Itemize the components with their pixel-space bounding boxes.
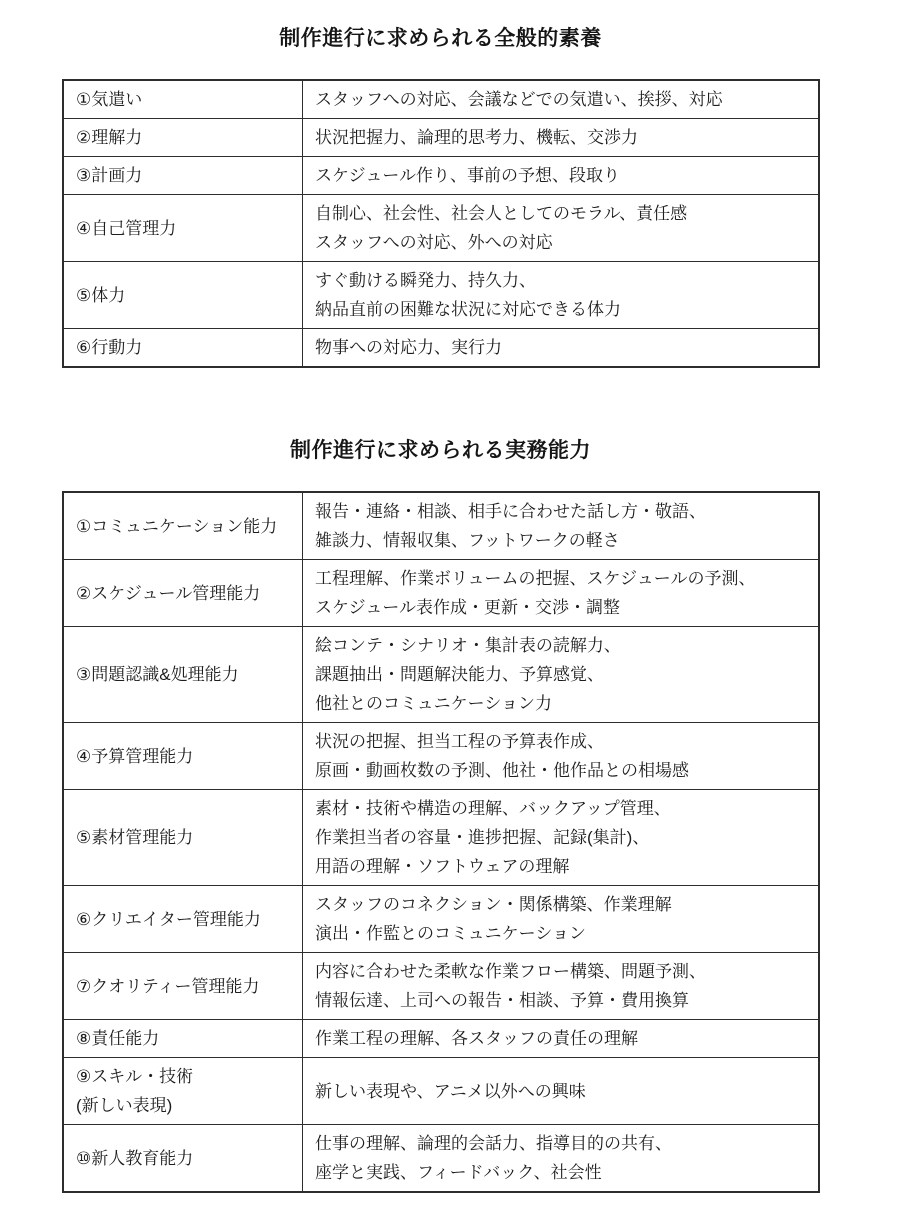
row-description-cell: 新しい表現や、アニメ以外への興味 (303, 1058, 820, 1125)
row-label-cell: ①コミュニケーション能力 (63, 492, 303, 560)
table-row: ⑩新人教育能力仕事の理解、論理的会話力、指導目的の共有、座学と実践、フィードバッ… (63, 1125, 819, 1193)
table-row: ⑥行動力物事への対応力、実行力 (63, 329, 819, 368)
row-label-cell: ①気遣い (63, 80, 303, 119)
row-description-cell: 状況把握力、論理的思考力、機転、交渉力 (303, 119, 820, 157)
row-description-line: 状況の把握、担当工程の予算表作成、 (315, 727, 806, 756)
row-label-cell: ③問題認識&処理能力 (63, 627, 303, 723)
row-description-line: 作業工程の理解、各スタッフの責任の理解 (315, 1024, 806, 1053)
row-label-line: ⑥クリエイター管理能力 (76, 905, 290, 934)
row-description-cell: 報告・連絡・相談、相手に合わせた話し方・敬語、雑談力、情報収集、フットワークの軽… (303, 492, 820, 560)
row-description-cell: 素材・技術や構造の理解、バックアップ管理、作業担当者の容量・進捗把握、記録(集計… (303, 790, 820, 886)
row-label-line: ⑧責任能力 (76, 1024, 290, 1053)
row-label-cell: ⑦クオリティー管理能力 (63, 953, 303, 1020)
row-label-line: ③計画力 (76, 161, 290, 190)
row-description-cell: 絵コンテ・シナリオ・集計表の読解力、課題抽出・問題解決能力、予算感覚、他社とのコ… (303, 627, 820, 723)
row-description-cell: 工程理解、作業ボリュームの把握、スケジュールの予測、スケジュール表作成・更新・交… (303, 560, 820, 627)
row-label-line: ①気遣い (76, 85, 290, 114)
table-row: ⑨スキル・技術(新しい表現)新しい表現や、アニメ以外への興味 (63, 1058, 819, 1125)
row-label-line: ⑩新人教育能力 (76, 1144, 290, 1173)
row-label-cell: ④自己管理力 (63, 195, 303, 262)
row-description-line: 座学と実践、フィードバック、社会性 (315, 1158, 806, 1187)
row-description-line: 工程理解、作業ボリュームの把握、スケジュールの予測、 (315, 564, 806, 593)
row-label-cell: ⑥行動力 (63, 329, 303, 368)
table-row: ⑦クオリティー管理能力内容に合わせた柔軟な作業フロー構築、問題予測、情報伝達、上… (63, 953, 819, 1020)
practical-abilities-title: 制作進行に求められる実務能力 (62, 368, 819, 464)
table-row: ⑤素材管理能力素材・技術や構造の理解、バックアップ管理、作業担当者の容量・進捗把… (63, 790, 819, 886)
row-description-line: 納品直前の困難な状況に対応できる体力 (315, 295, 806, 324)
row-label-cell: ②スケジュール管理能力 (63, 560, 303, 627)
practical-abilities-table-body: ①コミュニケーション能力報告・連絡・相談、相手に合わせた話し方・敬語、雑談力、情… (63, 492, 819, 1192)
row-label-cell: ④予算管理能力 (63, 723, 303, 790)
row-description-cell: スタッフのコネクション・関係構築、作業理解演出・作監とのコミュニケーション (303, 886, 820, 953)
row-description-line: 情報伝達、上司への報告・相談、予算・費用換算 (315, 986, 806, 1015)
table-row: ⑧責任能力作業工程の理解、各スタッフの責任の理解 (63, 1020, 819, 1058)
row-description-cell: 状況の把握、担当工程の予算表作成、原画・動画枚数の予測、他社・他作品との相場感 (303, 723, 820, 790)
row-label-line: ④予算管理能力 (76, 742, 290, 771)
table-row: ⑤体力すぐ動ける瞬発力、持久力、納品直前の困難な状況に対応できる体力 (63, 262, 819, 329)
row-description-line: 原画・動画枚数の予測、他社・他作品との相場感 (315, 756, 806, 785)
row-description-cell: 内容に合わせた柔軟な作業フロー構築、問題予測、情報伝達、上司への報告・相談、予算… (303, 953, 820, 1020)
row-description-line: 仕事の理解、論理的会話力、指導目的の共有、 (315, 1129, 806, 1158)
row-description-line: 作業担当者の容量・進捗把握、記録(集計)、 (315, 823, 806, 852)
general-qualities-table: ①気遣いスタッフへの対応、会議などでの気遣い、挨拶、対応②理解力状況把握力、論理… (62, 79, 820, 368)
row-description-line: 用語の理解・ソフトウェアの理解 (315, 852, 806, 881)
row-description-line: 新しい表現や、アニメ以外への興味 (315, 1077, 806, 1106)
row-description-cell: スタッフへの対応、会議などでの気遣い、挨拶、対応 (303, 80, 820, 119)
table-row: ③問題認識&処理能力絵コンテ・シナリオ・集計表の読解力、課題抽出・問題解決能力、… (63, 627, 819, 723)
row-description-line: 素材・技術や構造の理解、バックアップ管理、 (315, 794, 806, 823)
row-label-cell: ⑤体力 (63, 262, 303, 329)
row-label-cell: ⑧責任能力 (63, 1020, 303, 1058)
row-label-line: ④自己管理力 (76, 214, 290, 243)
row-description-line: 報告・連絡・相談、相手に合わせた話し方・敬語、 (315, 497, 806, 526)
row-description-line: 絵コンテ・シナリオ・集計表の読解力、 (315, 631, 806, 660)
table-row: ①気遣いスタッフへの対応、会議などでの気遣い、挨拶、対応 (63, 80, 819, 119)
row-label-line: ①コミュニケーション能力 (76, 512, 290, 541)
row-description-line: 状況把握力、論理的思考力、機転、交渉力 (315, 123, 806, 152)
row-description-line: スケジュール表作成・更新・交渉・調整 (315, 593, 806, 622)
row-description-line: スタッフのコネクション・関係構築、作業理解 (315, 890, 806, 919)
table-row: ②理解力状況把握力、論理的思考力、機転、交渉力 (63, 119, 819, 157)
table-row: ⑥クリエイター管理能力スタッフのコネクション・関係構築、作業理解演出・作監とのコ… (63, 886, 819, 953)
row-description-cell: 作業工程の理解、各スタッフの責任の理解 (303, 1020, 820, 1058)
table-row: ①コミュニケーション能力報告・連絡・相談、相手に合わせた話し方・敬語、雑談力、情… (63, 492, 819, 560)
row-description-cell: スケジュール作り、事前の予想、段取り (303, 157, 820, 195)
row-label-cell: ⑩新人教育能力 (63, 1125, 303, 1193)
row-description-line: 課題抽出・問題解決能力、予算感覚、 (315, 660, 806, 689)
row-description-cell: 自制心、社会性、社会人としてのモラル、責任感スタッフへの対応、外への対応 (303, 195, 820, 262)
row-description-line: 他社とのコミュニケーション力 (315, 689, 806, 718)
row-label-line: ⑨スキル・技術 (76, 1062, 290, 1091)
row-description-cell: 仕事の理解、論理的会話力、指導目的の共有、座学と実践、フィードバック、社会性 (303, 1125, 820, 1193)
row-label-line: ⑤体力 (76, 281, 290, 310)
row-description-cell: すぐ動ける瞬発力、持久力、納品直前の困難な状況に対応できる体力 (303, 262, 820, 329)
row-label-line: ⑦クオリティー管理能力 (76, 972, 290, 1001)
row-label-line: ②理解力 (76, 123, 290, 152)
row-description-line: スケジュール作り、事前の予想、段取り (315, 161, 806, 190)
row-label-cell: ⑤素材管理能力 (63, 790, 303, 886)
table-row: ④自己管理力自制心、社会性、社会人としてのモラル、責任感スタッフへの対応、外への… (63, 195, 819, 262)
row-label-cell: ②理解力 (63, 119, 303, 157)
row-label-line: ⑥行動力 (76, 333, 290, 362)
row-description-line: スタッフへの対応、外への対応 (315, 228, 806, 257)
general-qualities-title: 制作進行に求められる全般的素養 (62, 0, 819, 52)
row-label-line: ③問題認識&処理能力 (76, 660, 290, 689)
practical-abilities-table: ①コミュニケーション能力報告・連絡・相談、相手に合わせた話し方・敬語、雑談力、情… (62, 491, 820, 1193)
row-label-line: ⑤素材管理能力 (76, 823, 290, 852)
row-label-line: ②スケジュール管理能力 (76, 579, 290, 608)
row-label-cell: ⑥クリエイター管理能力 (63, 886, 303, 953)
row-description-line: スタッフへの対応、会議などでの気遣い、挨拶、対応 (315, 85, 806, 114)
row-description-line: 演出・作監とのコミュニケーション (315, 919, 806, 948)
row-description-line: 物事への対応力、実行力 (315, 333, 806, 362)
table-row: ④予算管理能力状況の把握、担当工程の予算表作成、原画・動画枚数の予測、他社・他作… (63, 723, 819, 790)
row-description-line: すぐ動ける瞬発力、持久力、 (315, 266, 806, 295)
row-description-cell: 物事への対応力、実行力 (303, 329, 820, 368)
table-row: ②スケジュール管理能力工程理解、作業ボリュームの把握、スケジュールの予測、スケジ… (63, 560, 819, 627)
row-label-cell: ③計画力 (63, 157, 303, 195)
row-description-line: 雑談力、情報収集、フットワークの軽さ (315, 526, 806, 555)
table-row: ③計画力スケジュール作り、事前の予想、段取り (63, 157, 819, 195)
row-description-line: 内容に合わせた柔軟な作業フロー構築、問題予測、 (315, 957, 806, 986)
general-qualities-table-body: ①気遣いスタッフへの対応、会議などでの気遣い、挨拶、対応②理解力状況把握力、論理… (63, 80, 819, 367)
row-label-line: (新しい表現) (76, 1091, 290, 1120)
row-description-line: 自制心、社会性、社会人としてのモラル、責任感 (315, 199, 806, 228)
row-label-cell: ⑨スキル・技術(新しい表現) (63, 1058, 303, 1125)
